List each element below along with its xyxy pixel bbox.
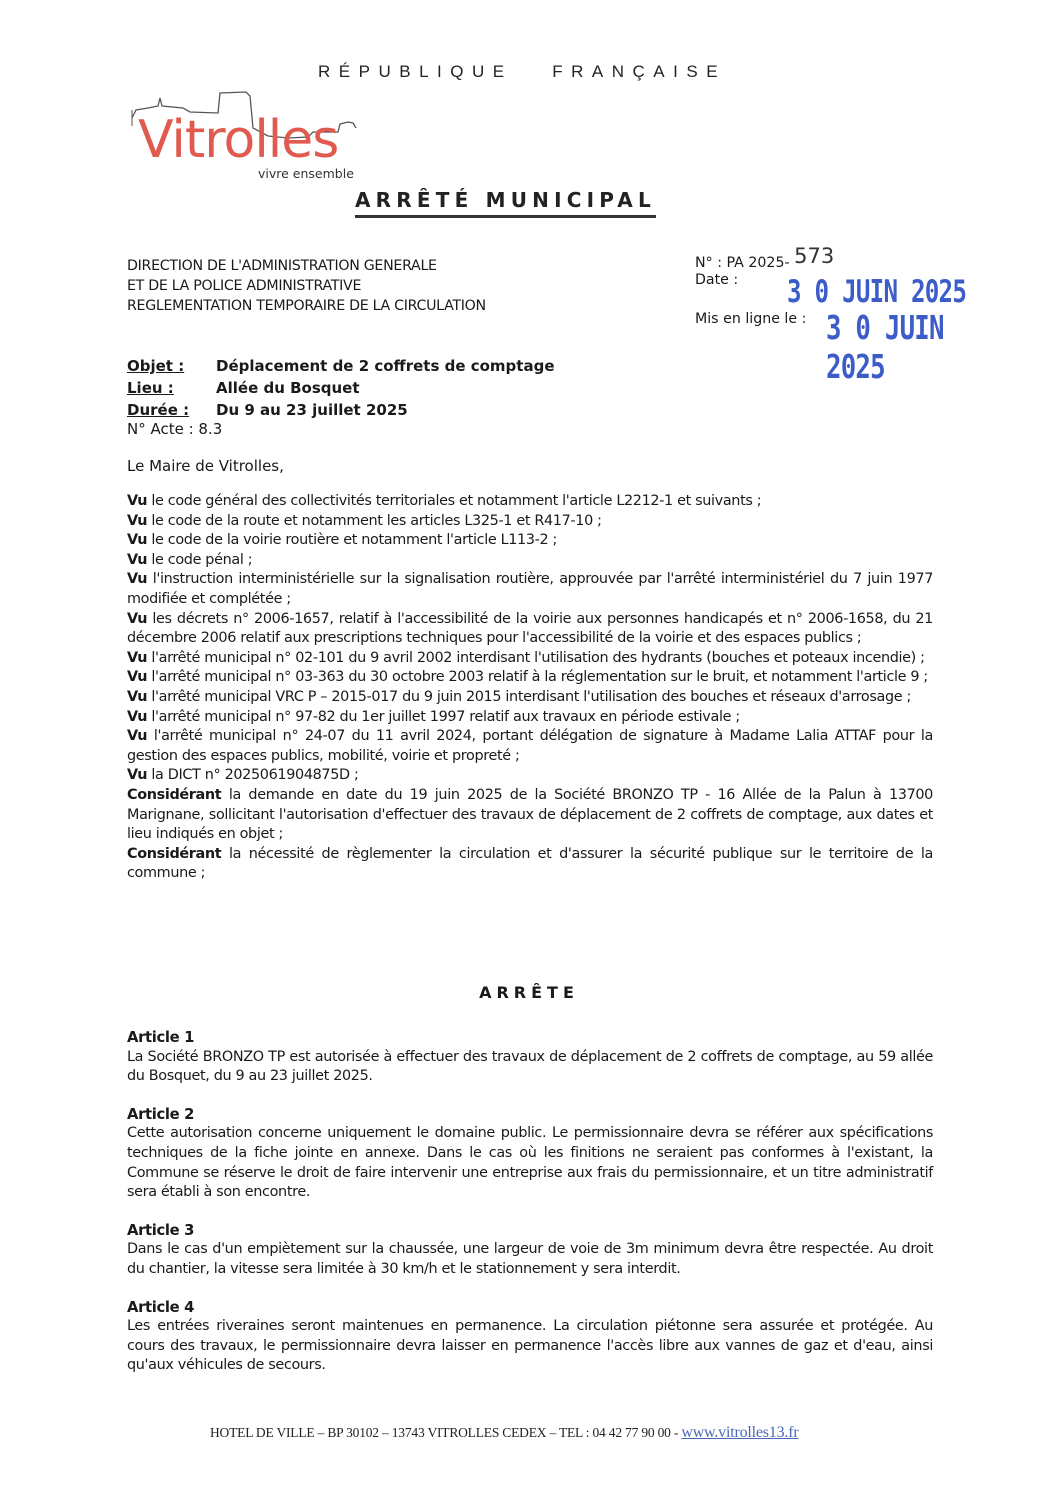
recital-lead: Vu (127, 571, 147, 587)
logo-tagline: vivre ensemble (258, 166, 354, 181)
document-title: ARRÊTÉ MUNICIPAL (355, 188, 656, 218)
article: Article 3Dans le cas d'un empiètement su… (127, 1221, 933, 1280)
recital: Vu l'arrêté municipal VRC P – 2015-017 d… (127, 688, 933, 708)
recital-text: l'arrêté municipal n° 02-101 du 9 avril … (147, 650, 924, 666)
recital-lead: Vu (127, 650, 147, 666)
recital-text: le code général des collectivités territ… (147, 493, 761, 509)
recital-lead: Vu (127, 552, 147, 568)
online-date-stamp: 3 0 JUIN 2025 (826, 308, 1007, 386)
footer-address: HOTEL DE VILLE – BP 30102 – 13743 VITROL… (210, 1425, 681, 1440)
lieu-value: Allée du Bosquet (216, 377, 360, 399)
acte-number: N° Acte : 8.3 (127, 420, 222, 438)
duree-label: Durée : (127, 399, 216, 421)
article-text: Les entrées riveraines seront maintenues… (127, 1317, 933, 1376)
recital-text: l'arrêté municipal n° 24-07 du 11 avril … (127, 728, 933, 764)
recital: Vu le code général des collectivités ter… (127, 492, 933, 512)
article-title: Article 1 (127, 1028, 933, 1048)
footer: HOTEL DE VILLE – BP 30102 – 13743 VITROL… (210, 1424, 798, 1442)
article-title: Article 4 (127, 1298, 933, 1318)
recital: Vu l'instruction interministérielle sur … (127, 570, 933, 609)
department-line: ET DE LA POLICE ADMINISTRATIVE (127, 276, 486, 296)
article-title: Article 3 (127, 1221, 933, 1241)
recital-text: le code de la voirie routière et notamme… (147, 532, 557, 548)
recital: Vu le code de la route et notamment les … (127, 512, 933, 532)
recital-lead: Vu (127, 709, 147, 725)
reference-number-label: N° : PA 2025- (695, 255, 790, 271)
article-text: La Société BRONZO TP est autorisée à eff… (127, 1048, 933, 1087)
vitrolles-logo: Vitrolles vivre ensemble (128, 88, 388, 188)
opening-line: Le Maire de Vitrolles, (127, 457, 284, 475)
lieu-label: Lieu : (127, 377, 216, 399)
date-label: Date : (695, 272, 738, 288)
recital-text: les décrets n° 2006-1657, relatif à l'ac… (127, 611, 933, 647)
article-title: Article 2 (127, 1105, 933, 1125)
recital-text: l'arrêté municipal n° 03-363 du 30 octob… (147, 669, 928, 685)
recital-text: le code pénal ; (147, 552, 252, 568)
recital: Considérant la nécessité de règlementer … (127, 845, 933, 884)
duree-value: Du 9 au 23 juillet 2025 (216, 399, 408, 421)
recital-lead: Considérant (127, 846, 221, 862)
recital-text: l'arrêté municipal n° 97-82 du 1er juill… (147, 709, 740, 725)
date-stamp: 3 0 JUIN 2025 (787, 274, 966, 310)
recitals: Vu le code général des collectivités ter… (127, 492, 933, 884)
department-block: DIRECTION DE L'ADMINISTRATION GENERALE E… (127, 256, 486, 316)
recital-lead: Vu (127, 669, 147, 685)
recital-lead: Vu (127, 689, 147, 705)
article-text: Cette autorisation concerne uniquement l… (127, 1124, 933, 1202)
recital-lead: Vu (127, 513, 147, 529)
objet-label: Objet : (127, 355, 216, 377)
recital-text: le code de la route et notamment les art… (147, 513, 601, 529)
department-line: REGLEMENTATION TEMPORAIRE DE LA CIRCULAT… (127, 296, 486, 316)
recital-text: la DICT n° 2025061904875D ; (147, 767, 358, 783)
subject-block: Objet : Déplacement de 2 coffrets de com… (127, 355, 555, 421)
department-line: DIRECTION DE L'ADMINISTRATION GENERALE (127, 256, 486, 276)
reference-number-handwritten: 573 (794, 244, 834, 268)
recital: Vu l'arrêté municipal n° 97-82 du 1er ju… (127, 708, 933, 728)
recital: Vu les décrets n° 2006-1657, relatif à l… (127, 610, 933, 649)
decision-heading: ARRÊTE (0, 983, 1058, 1002)
website-link[interactable]: www.vitrolles13.fr (681, 1424, 798, 1441)
objet-value: Déplacement de 2 coffrets de comptage (216, 355, 555, 377)
article: Article 4Les entrées riveraines seront m… (127, 1298, 933, 1376)
recital: Vu l'arrêté municipal n° 02-101 du 9 avr… (127, 649, 933, 669)
recital-lead: Vu (127, 728, 147, 744)
recital: Vu l'arrêté municipal n° 24-07 du 11 avr… (127, 727, 933, 766)
recital: Vu le code pénal ; (127, 551, 933, 571)
logo-wordmark: Vitrolles (138, 110, 338, 170)
recital-text: la demande en date du 19 juin 2025 de la… (127, 787, 933, 842)
article-text: Dans le cas d'un empiètement sur la chau… (127, 1240, 933, 1279)
recital-text: l'instruction interministérielle sur la … (127, 571, 933, 607)
recital: Vu la DICT n° 2025061904875D ; (127, 766, 933, 786)
recital-lead: Considérant (127, 787, 221, 803)
article: Article 2Cette autorisation concerne uni… (127, 1105, 933, 1203)
articles: Article 1La Société BRONZO TP est autori… (127, 1028, 933, 1394)
recital-lead: Vu (127, 493, 147, 509)
recital-lead: Vu (127, 532, 147, 548)
republique-francaise-header: RÉPUBLIQUE FRANÇAISE (318, 62, 726, 82)
article: Article 1La Société BRONZO TP est autori… (127, 1028, 933, 1087)
recital-lead: Vu (127, 611, 147, 627)
recital-text: l'arrêté municipal VRC P – 2015-017 du 9… (147, 689, 911, 705)
recital-text: la nécessité de règlementer la circulati… (127, 846, 933, 882)
recital: Vu l'arrêté municipal n° 03-363 du 30 oc… (127, 668, 933, 688)
recital: Vu le code de la voirie routière et nota… (127, 531, 933, 551)
recital: Considérant la demande en date du 19 jui… (127, 786, 933, 845)
recital-lead: Vu (127, 767, 147, 783)
online-date-label: Mis en ligne le : (695, 311, 806, 327)
reference-number: N° : PA 2025- 573 (695, 250, 834, 273)
